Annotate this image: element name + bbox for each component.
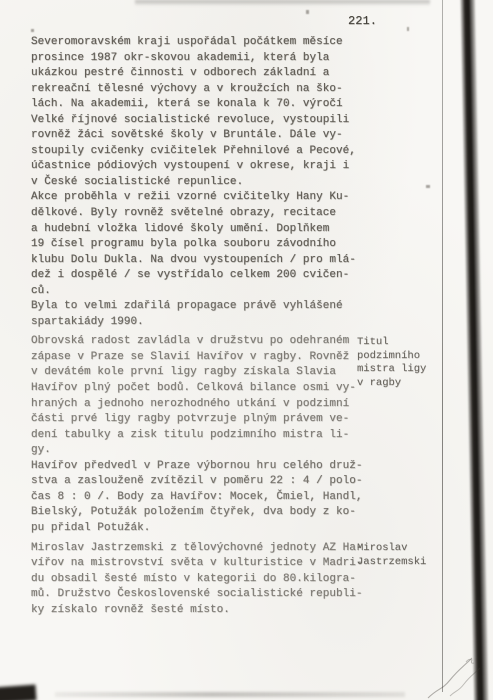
paragraph: Akce proběhla v režii vzorné cvičitelky … (31, 190, 371, 299)
margin-note-rugby-title: Titul podzimního mistra ligy v ragby (357, 336, 447, 390)
book-edge-shadow (460, 0, 489, 700)
bottom-left-corner-mark (0, 685, 37, 700)
paragraph: Severomoravském kraji uspořádal počátkem… (31, 35, 371, 190)
handwriting-scribble (420, 640, 490, 700)
scan-speck (407, 27, 409, 31)
page-number: 221. (348, 14, 377, 30)
scan-speck (306, 10, 309, 14)
bottom-edge-smudge (55, 692, 405, 697)
paragraph: Miroslav Jastrzemski z tělovýchovné jedn… (31, 541, 371, 619)
scan-speck (426, 185, 430, 188)
scanned-chronicle-page: 221. Severomoravském kraji uspořádal poč… (0, 0, 493, 700)
top-edge-smudge (135, 0, 430, 6)
paragraph: Obrovská radost zavládla v družstvu po o… (31, 334, 371, 458)
page-edge-line (442, 0, 443, 692)
paragraph: Havířov předvedl v Praze výbornou hru ce… (31, 459, 371, 537)
margin-note-jastrzemski: Miroslav Jastrzemski (357, 542, 447, 569)
paragraph: Byla to velmi zdařilá propagace právě vy… (31, 299, 371, 330)
scan-speck (31, 29, 34, 32)
main-text-column: Severomoravském kraji uspořádal počátkem… (31, 35, 371, 618)
